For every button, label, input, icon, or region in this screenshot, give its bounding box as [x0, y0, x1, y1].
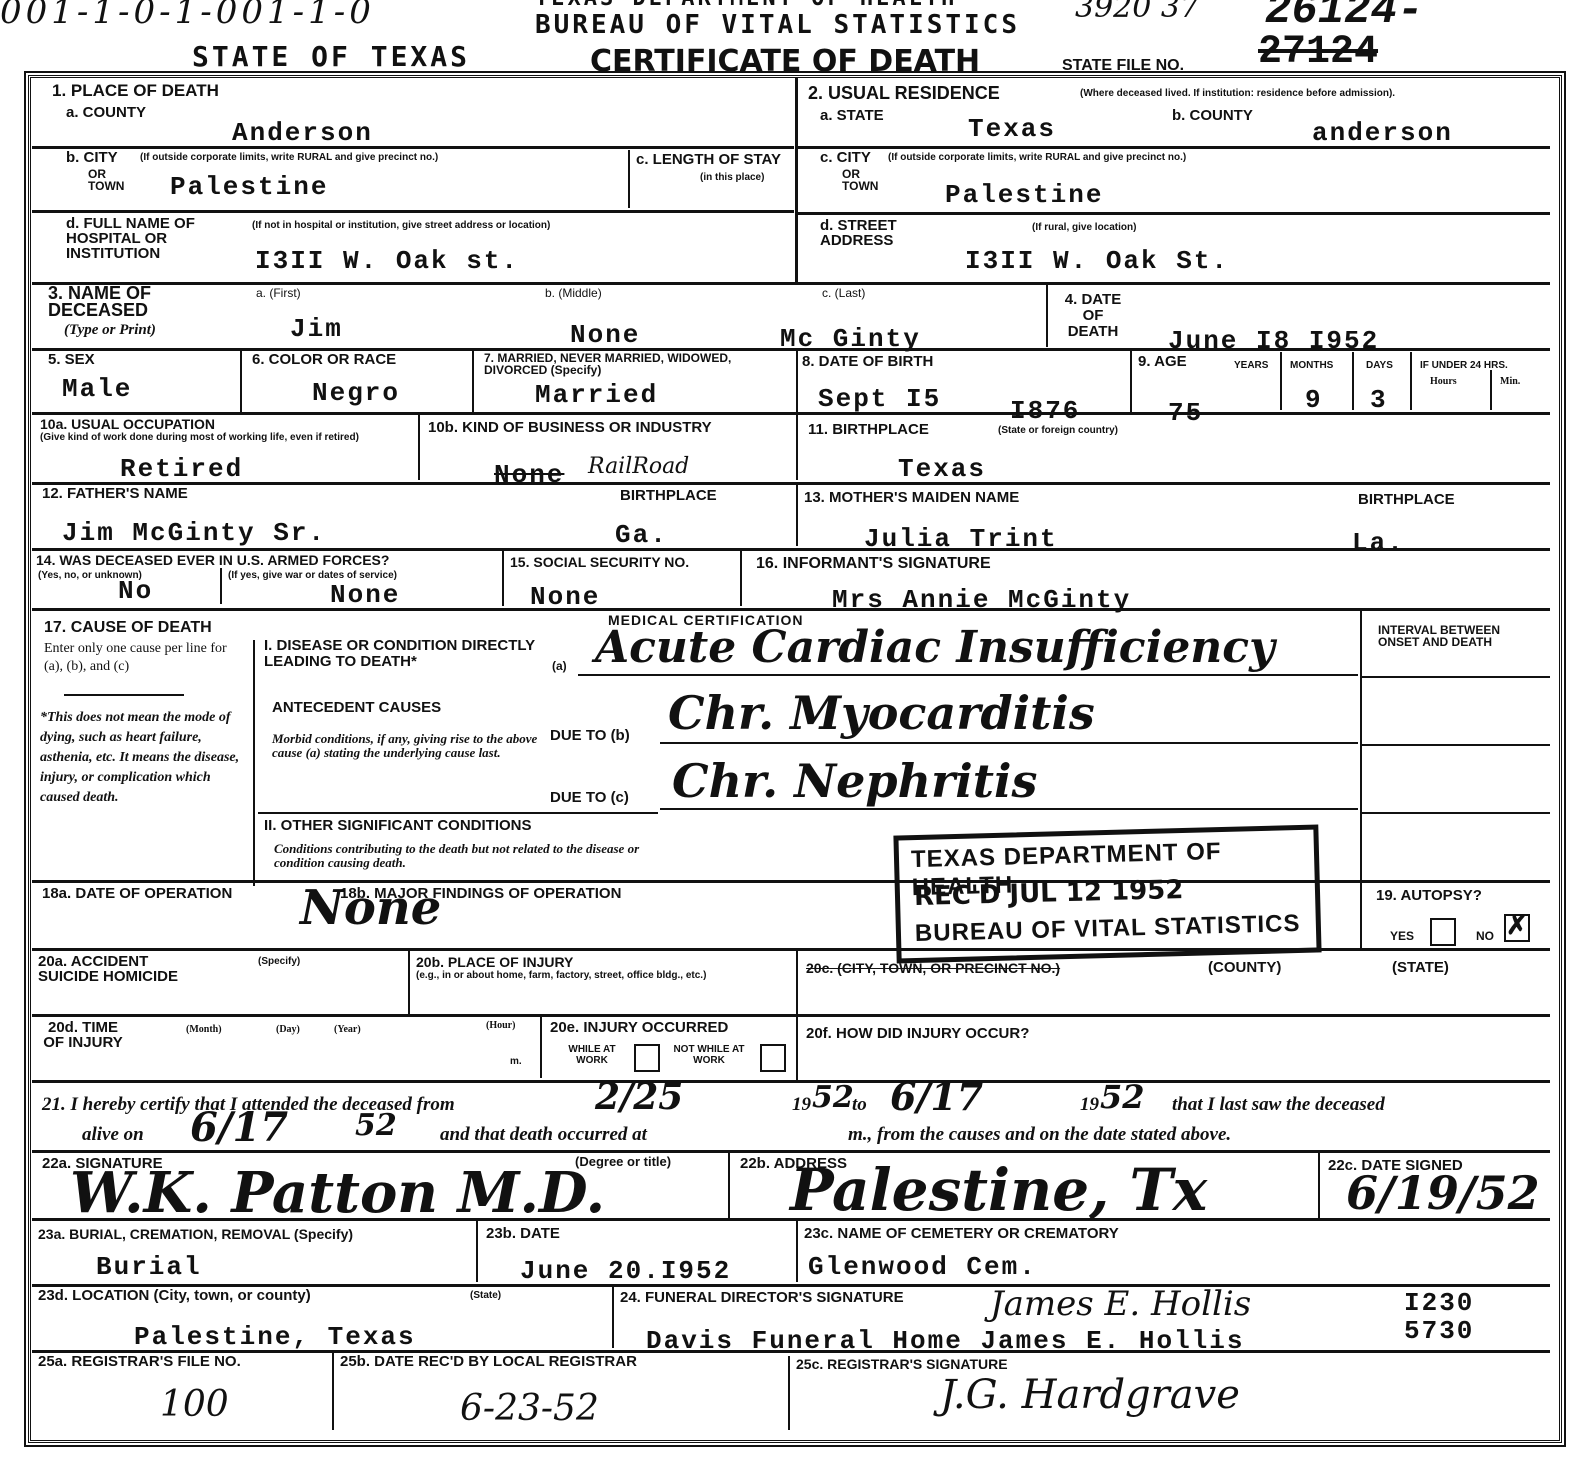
residence-city-value: Palestine: [945, 180, 1103, 210]
first-name-value: Jim: [290, 314, 343, 344]
burial-state-label: (State): [470, 1290, 501, 1301]
funeral-director-number-2: 5730: [1404, 1316, 1474, 1346]
burial-date-label: 23b. DATE: [486, 1226, 560, 1242]
stamp-line-3: BUREAU OF VITAL STATISTICS: [915, 910, 1301, 948]
county-label: a. COUNTY: [66, 105, 146, 121]
registrar-date-value: 6-23-52: [460, 1388, 599, 1429]
bureau-title: BUREAU OF VITAL STATISTICS: [535, 10, 1020, 40]
injury-hour-label: (Hour): [486, 1020, 515, 1031]
stamp-line-2: REC'D JUL 12 1952: [914, 875, 1184, 912]
to-year-prefix: 19: [1080, 1094, 1099, 1116]
date-signed-value: 6/19/52: [1346, 1166, 1540, 1220]
city-label: b. CITY: [66, 150, 118, 166]
other-conditions-label: II. OTHER SIGNIFICANT CONDITIONS: [264, 818, 532, 834]
industry-handwritten-value: RailRoad: [588, 454, 689, 479]
name-of-deceased-label: 3. NAME OF DECEASED: [48, 285, 208, 319]
how-injury-label: 20f. HOW DID INJURY OCCUR?: [806, 1026, 1029, 1042]
burial-location-label: 23d. LOCATION (City, town, or county): [38, 1288, 311, 1304]
attended-to-date: 6/17: [890, 1074, 983, 1119]
attended-from-date: 2/25: [595, 1076, 683, 1118]
cause-instruction: Enter only one cause per line for (a), (…: [44, 640, 244, 676]
age-hours-label: Hours: [1430, 376, 1457, 387]
father-birthplace-value: Ga.: [615, 520, 668, 550]
funeral-director-number-1: I230: [1404, 1288, 1474, 1318]
age-label: 9. AGE: [1138, 354, 1187, 370]
interval-label: INTERVAL BETWEEN ONSET AND DEATH: [1378, 624, 1538, 648]
handwritten-reference-number: 001-1-0-1-001-1-0: [0, 0, 375, 32]
occupation-value: Retired: [120, 454, 243, 484]
antecedent-causes-label: ANTECEDENT CAUSES: [272, 700, 441, 716]
certify-text-2: that I last saw the deceased: [1172, 1094, 1385, 1116]
injury-type-label: 20a. ACCIDENT SUICIDE HOMICIDE: [38, 954, 188, 984]
usual-residence-hint: (Where deceased lived. If institution: r…: [1080, 88, 1520, 99]
autopsy-label: 19. AUTOPSY?: [1376, 888, 1482, 904]
injury-type-specify: (Specify): [258, 956, 300, 967]
industry-typed-value: None: [494, 460, 564, 490]
due-to-c-label: DUE TO (c): [550, 790, 629, 806]
registrar-signature-label: 25c. REGISTRAR'S SIGNATURE: [796, 1356, 1008, 1372]
length-of-stay-label: c. LENGTH OF STAY: [636, 152, 794, 168]
industry-label: 10b. KIND OF BUSINESS OR INDUSTRY: [428, 420, 712, 436]
last-name-label: c. (Last): [822, 287, 865, 299]
other-conditions-hint: Conditions contributing to the death but…: [274, 842, 664, 870]
father-value: Jim McGinty Sr.: [62, 518, 326, 548]
age-months-value: 9: [1305, 385, 1323, 415]
state-title: STATE OF TEXAS: [192, 40, 470, 73]
column-divider: [795, 78, 798, 283]
usual-residence-label: 2. USUAL RESIDENCE: [808, 85, 1000, 101]
physician-address: Palestine, Tx: [790, 1156, 1207, 1224]
injury-place-hint: (e.g., in or about home, farm, factory, …: [416, 970, 716, 981]
occupation-label: 10a. USUAL OCCUPATION: [40, 418, 215, 430]
age-min-label: Min.: [1500, 376, 1520, 387]
informant-label: 16. INFORMANT'S SIGNATURE: [756, 556, 991, 572]
registrar-file-label: 25a. REGISTRAR'S FILE NO.: [38, 1354, 241, 1370]
autopsy-no-label: NO: [1476, 930, 1494, 942]
hospital-label: d. FULL NAME OF HOSPITAL OR INSTITUTION: [66, 216, 246, 261]
age-years-label: YEARS: [1234, 360, 1268, 371]
race-label: 6. COLOR OR RACE: [252, 352, 396, 368]
father-label: 12. FATHER'S NAME: [42, 486, 188, 502]
operation-date-label: 18a. DATE OF OPERATION: [42, 886, 232, 902]
antecedent-hint: Morbid conditions, if any, giving rise t…: [272, 732, 552, 760]
birthplace-value: Texas: [898, 454, 986, 484]
registrar-date-label: 25b. DATE REC'D BY LOCAL REGISTRAR: [340, 1354, 637, 1370]
registrar-signature: J.G. Hardgrave: [940, 1372, 1240, 1418]
middle-name-label: b. (Middle): [545, 287, 602, 299]
state-file-label: STATE FILE NO.: [1062, 58, 1184, 74]
injury-occurred-label: 20e. INJURY OCCURRED: [550, 1020, 728, 1036]
injury-month-label: (Month): [186, 1024, 222, 1035]
funeral-director-signature: James E. Hollis: [990, 1284, 1251, 1324]
burial-type-label: 23a. BURIAL, CREMATION, REMOVAL (Specify…: [38, 1226, 353, 1242]
street-value: I3II W. Oak St.: [965, 246, 1229, 276]
cause-c-value: Chr. Nephritis: [672, 754, 1037, 808]
to-label: to: [852, 1094, 867, 1116]
time-of-injury-label: 20d. TIME OF INJURY: [38, 1020, 128, 1050]
age-days-value: 3: [1370, 385, 1388, 415]
armed-forces-label: 14. WAS DECEASED EVER IN U.S. ARMED FORC…: [36, 552, 389, 568]
funeral-director-label: 24. FUNERAL DIRECTOR'S SIGNATURE: [620, 1290, 904, 1306]
handwritten-file-large: 26124-: [1265, 0, 1423, 36]
length-of-stay-hint: (in this place): [700, 172, 764, 183]
street-label: d. STREET ADDRESS: [820, 218, 920, 248]
or-town-label: OR TOWN: [88, 168, 138, 192]
injury-state-label: (STATE): [1392, 960, 1449, 976]
cemetery-label: 23c. NAME OF CEMETERY OR CREMATORY: [804, 1226, 1119, 1242]
father-birthplace-label: BIRTHPLACE: [620, 488, 717, 504]
death-city-value: Palestine: [170, 172, 328, 202]
autopsy-yes-checkbox[interactable]: [1430, 918, 1456, 946]
burial-type-value: Burial: [96, 1252, 202, 1282]
birthplace-label: 11. BIRTHPLACE: [808, 422, 929, 438]
date-of-death-value: June I8 I952: [1168, 326, 1379, 356]
residence-or-town-label: OR TOWN: [842, 168, 892, 192]
city-hint: (If outside corporate limits, write RURA…: [140, 152, 600, 163]
injury-day-label: (Day): [276, 1024, 300, 1035]
mother-birthplace-value: La.: [1352, 528, 1405, 558]
certify-text-3: m., from the causes and on the date stat…: [848, 1124, 1231, 1146]
sex-value: Male: [62, 374, 132, 404]
cause-of-death-label: 17. CAUSE OF DEATH: [44, 620, 212, 636]
cause-a-value: Acute Cardiac Insufficiency: [595, 622, 1275, 673]
residence-city-label: c. CITY: [820, 150, 871, 166]
marital-label: 7. MARRIED, NEVER MARRIED, WIDOWED, DIVO…: [484, 352, 784, 376]
death-occurred-at: and that death occurred at: [440, 1124, 647, 1146]
due-to-b-label: DUE TO (b): [550, 728, 630, 744]
checkmark-icon: ✗: [1506, 910, 1528, 941]
cause-b-value: Chr. Myocarditis: [668, 686, 1095, 740]
hospital-hint: (If not in hospital or institution, give…: [252, 220, 550, 231]
street-hint: (If rural, give location): [1032, 222, 1136, 233]
armed-forces-value: No: [118, 576, 153, 606]
occupation-hint: (Give kind of work done during most of w…: [40, 432, 410, 443]
hospital-value: I3II W. Oak st.: [255, 246, 519, 276]
injury-location-label: 20c. (CITY, TOWN, OR PRECINCT NO.): [806, 960, 1060, 976]
age-days-label: DAYS: [1366, 360, 1393, 371]
cause-a-marker: (a): [552, 660, 567, 672]
injury-year-label: (Year): [334, 1024, 361, 1035]
age-months-label: MONTHS: [1290, 360, 1333, 371]
place-of-death-label: 1. PLACE OF DEATH: [52, 83, 219, 99]
residence-state-label: a. STATE: [820, 108, 884, 124]
while-at-work-label: WHILE AT WORK: [552, 1044, 632, 1066]
autopsy-no-checkbox[interactable]: ✗: [1504, 914, 1530, 942]
residence-county-label: b. COUNTY: [1172, 108, 1253, 124]
not-while-at-work-label: NOT WHILE AT WORK: [664, 1044, 754, 1066]
physician-signature: W.K. Patton M.D.: [70, 1160, 605, 1226]
cemetery-value: Glenwood Cem.: [808, 1252, 1037, 1282]
first-name-label: a. (First): [256, 287, 301, 299]
state-file-number: 27124: [1258, 30, 1378, 75]
injury-place-label: 20b. PLACE OF INJURY: [416, 954, 573, 970]
marital-value: Married: [535, 380, 658, 410]
birthplace-hint: (State or foreign country): [998, 425, 1118, 436]
alive-on-label: alive on: [82, 1124, 144, 1146]
death-county-value: Anderson: [232, 118, 373, 148]
to-year: 52: [1100, 1078, 1145, 1116]
dob-day-value: Sept I5: [818, 384, 941, 414]
date-of-death-label: 4. DATE OF DEATH: [1058, 292, 1128, 340]
residence-county-value: anderson: [1312, 118, 1453, 148]
mother-birthplace-label: BIRTHPLACE: [1358, 492, 1455, 508]
autopsy-yes-label: YES: [1390, 930, 1414, 942]
injury-m-label: m.: [510, 1056, 522, 1067]
received-stamp: TEXAS DEPARTMENT OF HEALTH REC'D JUL 12 …: [893, 824, 1321, 963]
from-year: 52: [812, 1080, 854, 1115]
sex-label: 5. SEX: [48, 352, 95, 368]
alive-on-date: 6/17: [190, 1104, 288, 1151]
mother-label: 13. MOTHER'S MAIDEN NAME: [804, 490, 1019, 506]
while-at-work-checkbox[interactable]: [634, 1044, 660, 1072]
handwritten-file-small: 3920 37: [1075, 0, 1199, 25]
from-year-prefix: 19: [792, 1094, 811, 1116]
armed-service-value: None: [330, 580, 400, 610]
burial-date-value: June 20.I952: [520, 1256, 731, 1286]
race-value: Negro: [312, 378, 400, 408]
dob-label: 8. DATE OF BIRTH: [802, 354, 933, 370]
registrar-file-value: 100: [160, 1384, 229, 1425]
cause-note: *This does not mean the mode of dying, s…: [40, 708, 244, 808]
disease-condition-label: I. DISEASE OR CONDITION DIRECTLY LEADING…: [264, 638, 564, 670]
type-or-print-hint: (Type or Print): [64, 322, 156, 339]
alive-on-year: 52: [355, 1108, 397, 1143]
injury-county-label: (COUNTY): [1208, 960, 1281, 976]
residence-state-value: Texas: [968, 114, 1056, 144]
certificate-title: CERTIFICATE OF DEATH: [590, 44, 980, 79]
dob-year-value: I876: [1010, 396, 1080, 426]
residence-city-hint: (If outside corporate limits, write RURA…: [888, 152, 1186, 163]
ssn-label: 15. SOCIAL SECURITY NO.: [510, 554, 689, 570]
not-while-at-work-checkbox[interactable]: [760, 1044, 786, 1072]
middle-name-value: None: [570, 320, 640, 350]
age-under24-label: IF UNDER 24 HRS.: [1420, 360, 1508, 371]
burial-location-value: Palestine, Texas: [134, 1322, 416, 1352]
operation-none-handwritten: None: [300, 880, 441, 936]
